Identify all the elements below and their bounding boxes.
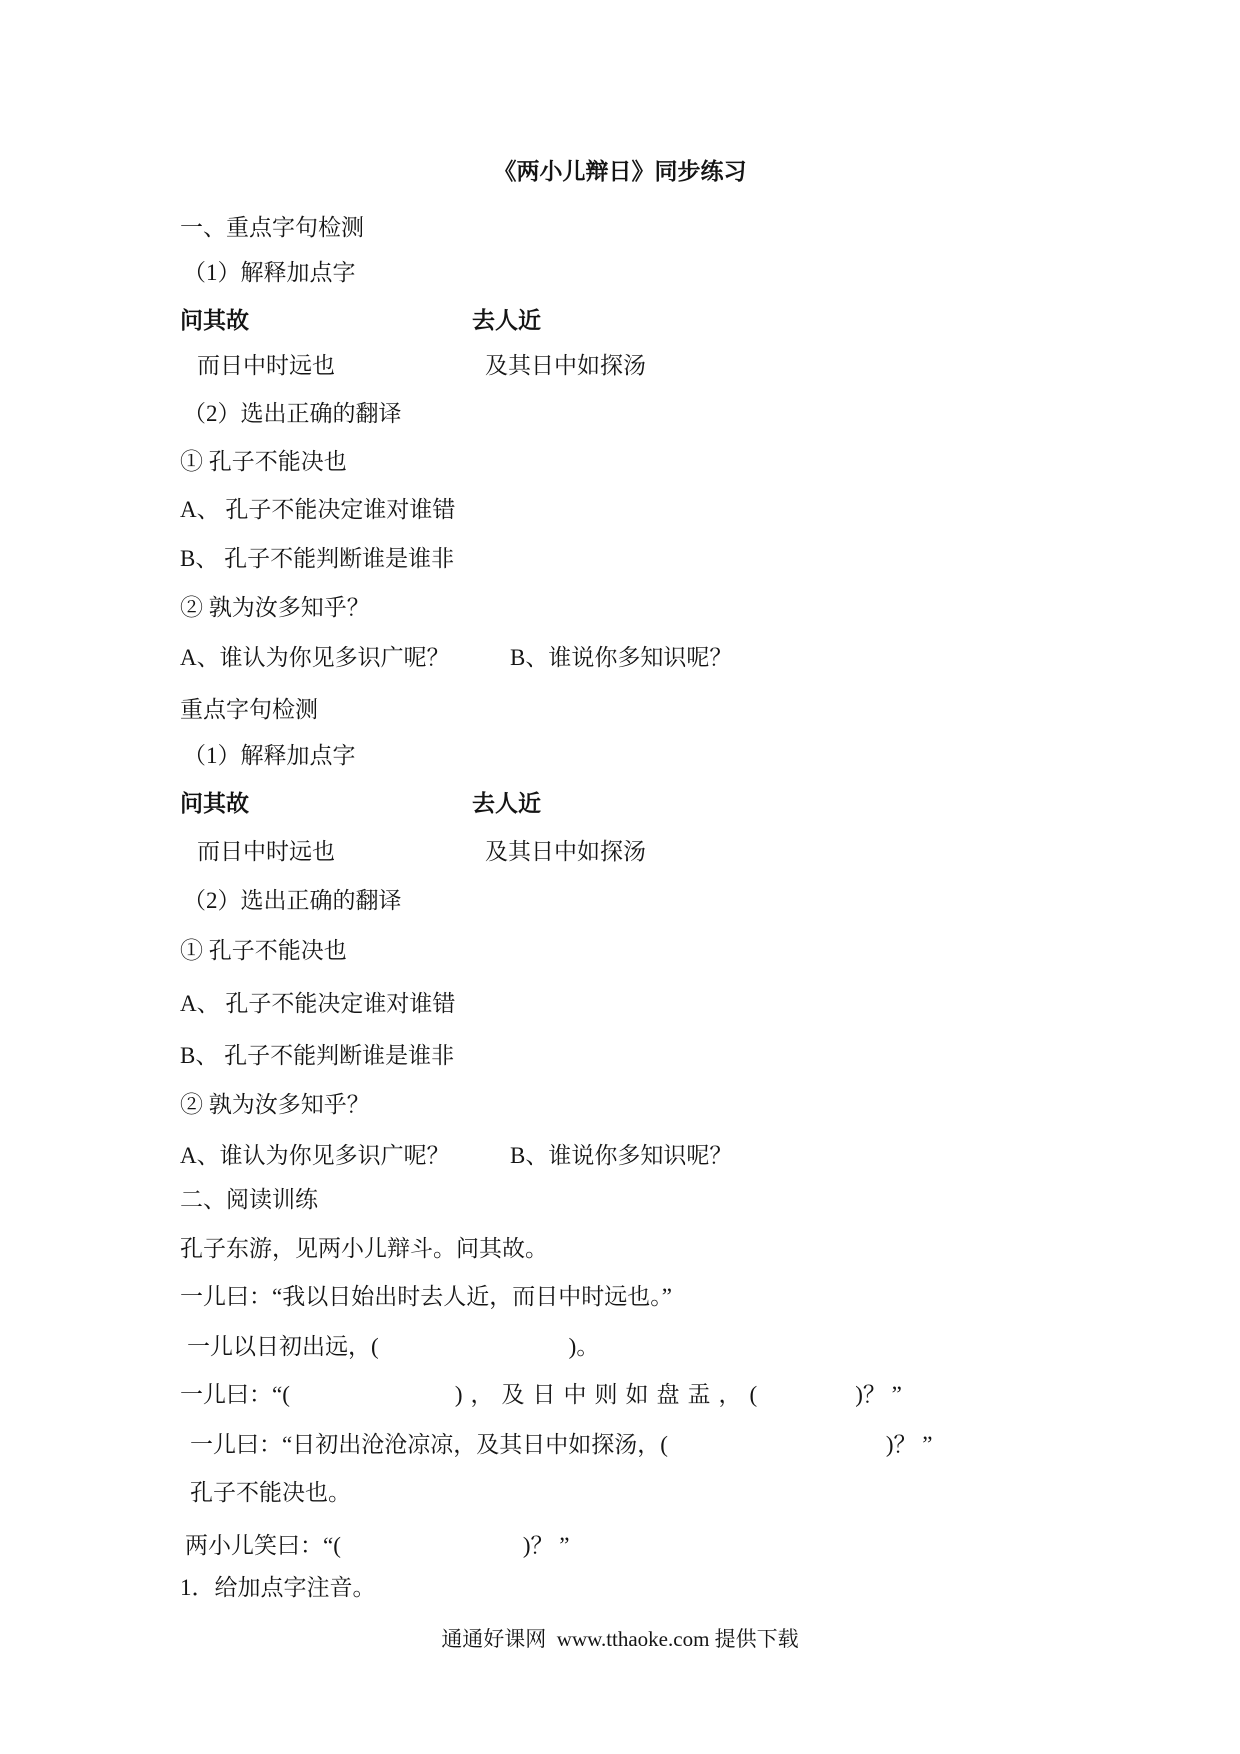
reading-line-2: 一儿曰：“我以日始出时去人近，而日中时远也。” <box>180 1283 672 1311</box>
question-item-2: ② 孰为汝多知乎？ <box>180 594 370 622</box>
option-a-1: A、 孔子不能决定谁对谁错 <box>180 496 455 524</box>
fill-blank-text: )，及日中则如盘盂，( <box>455 1382 765 1407</box>
repeat-option-a-2: A、谁认为你见多识广呢？ <box>180 1142 450 1170</box>
fill-blank-line-2: 一儿曰：“()，及日中则如盘盂，()？ ” <box>180 1381 902 1409</box>
fill-blank-line-3: 一儿曰：“日初出沧沧凉凉，及其日中如探汤，()？ ” <box>190 1431 933 1459</box>
repeat-question-item-2: ② 孰为汝多知乎？ <box>180 1091 370 1119</box>
section1-sub1: （1）解释加点字 <box>183 259 356 287</box>
blank-space <box>668 1451 886 1452</box>
repeat-vocab-word-3: 而日中时远也 <box>197 838 335 866</box>
repeat-vocab-word-4: 及其日中如探汤 <box>485 838 646 866</box>
vocab-word-3: 而日中时远也 <box>197 352 335 380</box>
section2-heading: 二、阅读训练 <box>180 1186 318 1214</box>
fill-blank-text: )？ ” <box>523 1533 570 1558</box>
repeat-heading: 重点字句检测 <box>180 696 318 724</box>
vocab-word-1: 问其故 <box>180 307 249 335</box>
fill-blank-text: 一儿以日初出远，( <box>187 1334 379 1359</box>
repeat-question-item-1: ① 孔子不能决也 <box>180 937 347 965</box>
repeat-option-a-1: A、 孔子不能决定谁对谁错 <box>180 990 455 1018</box>
section1-sub2: （2）选出正确的翻译 <box>183 400 402 428</box>
fill-blank-text: 一儿曰：“日初出沧沧凉凉，及其日中如探汤，( <box>190 1432 668 1457</box>
reading-line-3: 孔子不能决也。 <box>190 1479 351 1507</box>
fill-blank-text: 一儿曰：“( <box>180 1382 290 1407</box>
question-item-1: ① 孔子不能决也 <box>180 448 347 476</box>
repeat-option-b-1: B、 孔子不能判断谁是谁非 <box>180 1042 454 1070</box>
section1-heading: 一、重点字句检测 <box>180 214 364 242</box>
repeat-sub2: （2）选出正确的翻译 <box>183 887 402 915</box>
option-a-2: A、谁认为你见多识广呢？ <box>180 644 450 672</box>
vocab-word-2: 去人近 <box>472 307 541 335</box>
repeat-sub1: （1）解释加点字 <box>183 742 356 770</box>
question-note: 1．给加点字注音。 <box>180 1574 376 1602</box>
page-footer: 通通好课网 www.tthaoke.com 提供下载 <box>0 1625 1240 1653</box>
repeat-vocab-word-1: 问其故 <box>180 790 249 818</box>
fill-blank-text: 两小儿笑曰：“( <box>185 1533 341 1558</box>
vocab-word-4: 及其日中如探汤 <box>485 352 646 380</box>
fill-blank-text: )？ ” <box>886 1432 933 1457</box>
worksheet-page: 《两小儿辩日》同步练习 一、重点字句检测 （1）解释加点字 问其故 去人近 而日… <box>0 0 1240 1754</box>
reading-line-1: 孔子东游，见两小儿辩斗。问其故。 <box>180 1235 548 1263</box>
repeat-vocab-word-2: 去人近 <box>472 790 541 818</box>
fill-blank-text: )。 <box>569 1334 600 1359</box>
fill-blank-text: )？ ” <box>855 1382 902 1407</box>
doc-title: 《两小儿辩日》同步练习 <box>0 158 1240 186</box>
fill-blank-line-1: 一儿以日初出远，()。 <box>187 1333 599 1361</box>
option-b-2: B、谁说你多知识呢？ <box>510 644 732 672</box>
blank-space <box>290 1401 455 1402</box>
blank-space <box>765 1401 855 1402</box>
blank-space <box>379 1353 569 1354</box>
fill-blank-line-4: 两小儿笑曰：“()？ ” <box>185 1532 570 1560</box>
repeat-option-b-2: B、谁说你多知识呢？ <box>510 1142 732 1170</box>
blank-space <box>341 1552 523 1553</box>
option-b-1: B、 孔子不能判断谁是谁非 <box>180 545 454 573</box>
